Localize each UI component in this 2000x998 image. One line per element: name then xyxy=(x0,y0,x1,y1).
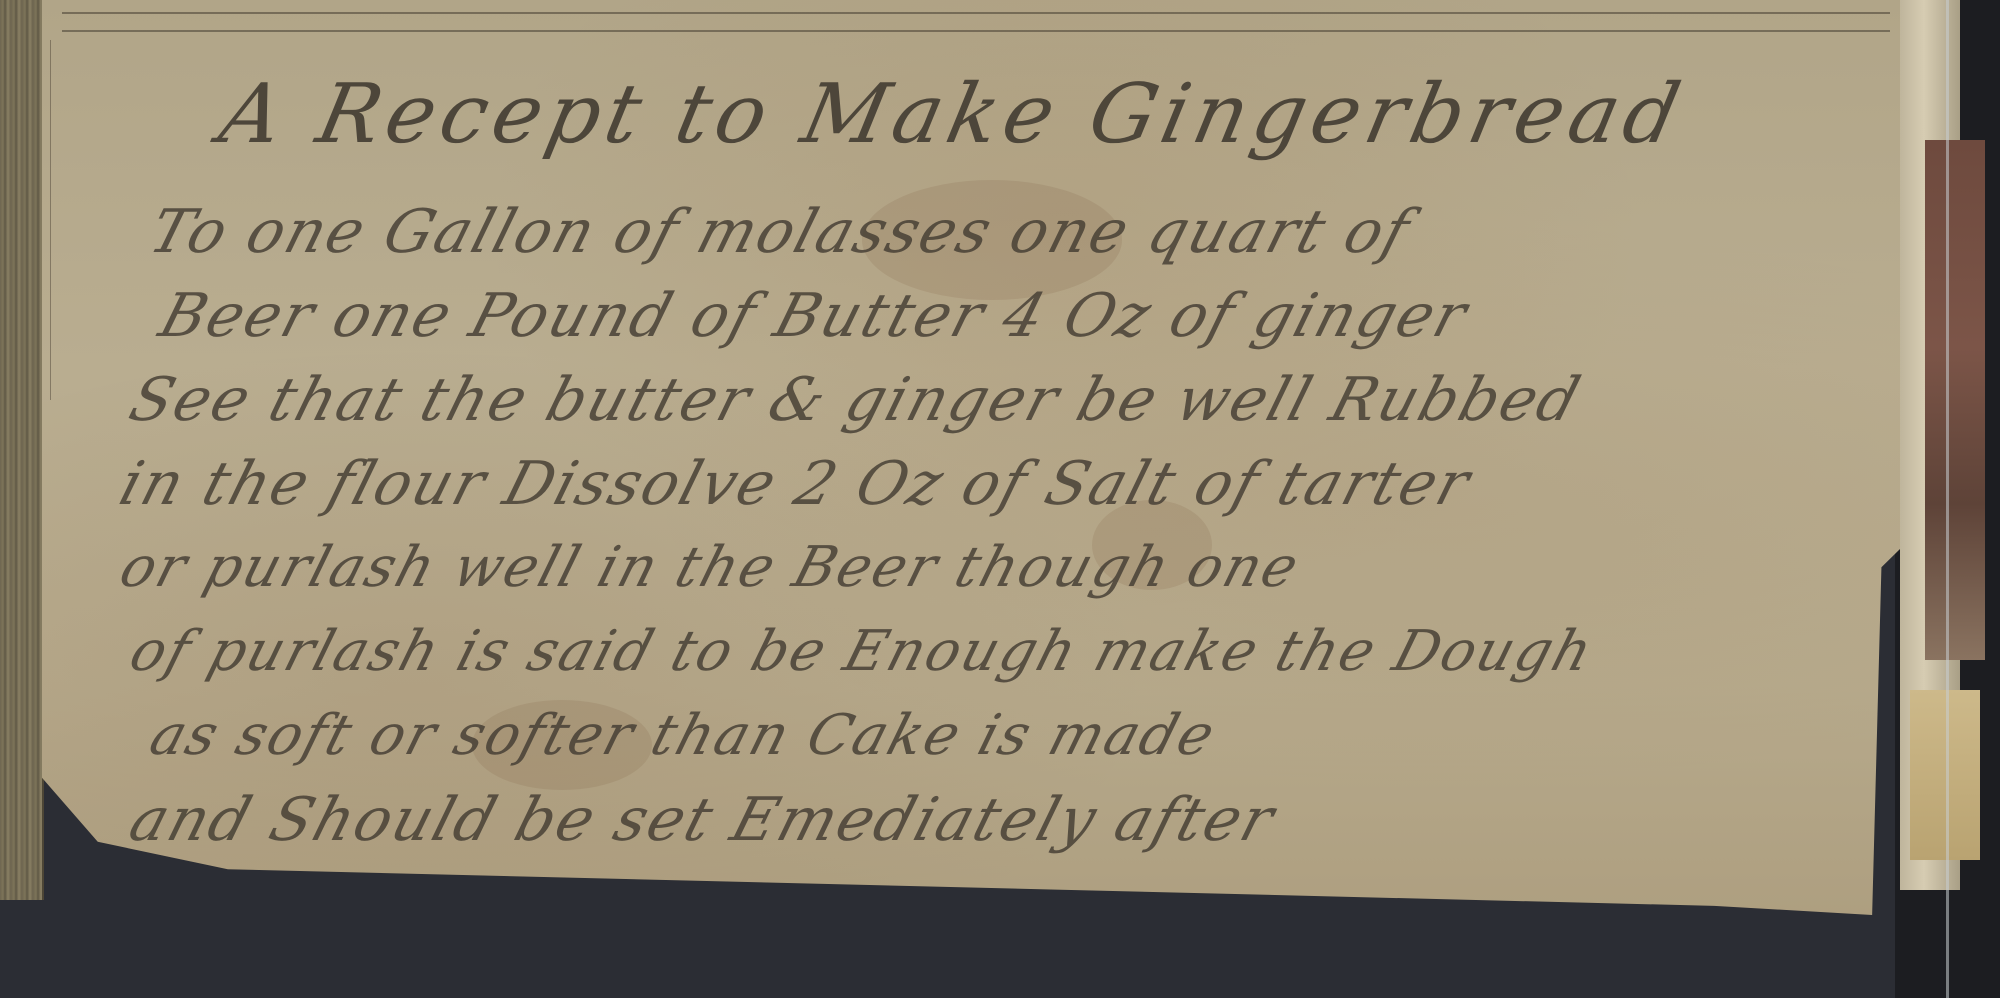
text-line: in the flour Dissolve 2 Oz of Salt of ta… xyxy=(110,442,1884,526)
text-line: being mixt xyxy=(130,862,1884,946)
book-page-edges xyxy=(0,0,44,900)
margin-line xyxy=(50,40,51,400)
text-line: Beer one Pound of Butter 4 Oz of ginger xyxy=(150,274,1884,358)
ruled-line xyxy=(62,30,1890,32)
photo-scene: A Recept to Make Gingerbread To one Gall… xyxy=(0,0,2000,998)
manuscript-page: A Recept to Make Gingerbread To one Gall… xyxy=(42,0,1900,915)
ruled-line xyxy=(62,12,1890,14)
glass-reflection-line xyxy=(1946,0,1949,998)
text-line: To one Gallon of molasses one quart of xyxy=(140,190,1884,274)
text-line: of purlash is said to be Enough make the… xyxy=(120,610,1884,694)
text-line: or purlash well in the Beer though one xyxy=(110,526,1884,610)
book-binding xyxy=(1925,140,1985,660)
handwritten-text: A Recept to Make Gingerbread To one Gall… xyxy=(112,40,1872,946)
recipe-title: A Recept to Make Gingerbread xyxy=(206,40,1888,190)
text-line: as soft or softer than Cake is made xyxy=(140,694,1884,778)
lower-leaf-fragment xyxy=(1910,690,1980,860)
text-line: See that the butter & ginger be well Rub… xyxy=(120,358,1884,442)
text-line: and Should be set Emediately after xyxy=(120,778,1884,862)
